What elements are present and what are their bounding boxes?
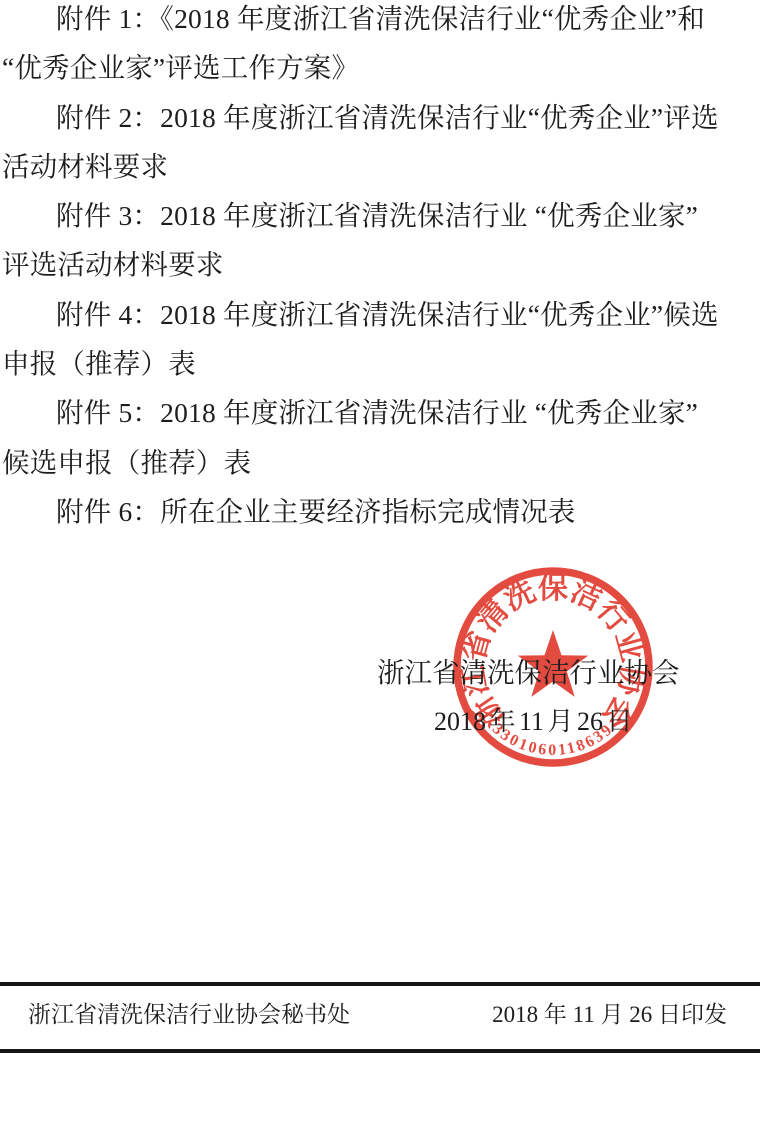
footer-issuer: 浙江省清洗保洁行业协会秘书处 <box>28 1001 350 1029</box>
attachment-line-4-cont: 申报（推荐）表 <box>2 339 760 388</box>
document-page: 附件 1：《2018 年度浙江省清洗保洁行业“优秀企业”和 “优秀企业家”评选工… <box>0 0 760 1135</box>
attachment-line-2-cont: 活动材料要求 <box>2 142 760 191</box>
attachment-line-4: 附件 4：2018 年度浙江省清洗保洁行业“优秀企业”候选 <box>2 290 760 339</box>
signature-org-name: 浙江省清洗保洁行业协会 <box>377 650 680 690</box>
attachment-line-2: 附件 2：2018 年度浙江省清洗保洁行业“优秀企业”评选 <box>2 93 760 142</box>
footer-rule-top <box>0 982 760 986</box>
attachment-line-1-cont: “优秀企业家”评选工作方案》 <box>2 43 760 92</box>
attachment-line-1: 附件 1：《2018 年度浙江省清洗保洁行业“优秀企业”和 <box>2 0 760 43</box>
signature-date: 2018 年 11 月 26 日 <box>434 701 633 738</box>
attachment-line-5: 附件 5：2018 年度浙江省清洗保洁行业 “优秀企业家” <box>2 388 760 437</box>
attachments-list: 附件 1：《2018 年度浙江省清洗保洁行业“优秀企业”和 “优秀企业家”评选工… <box>2 0 760 536</box>
attachment-line-3: 附件 3：2018 年度浙江省清洗保洁行业 “优秀企业家” <box>2 191 760 240</box>
footer-rule-bottom <box>0 1049 760 1053</box>
footer-print-date: 2018 年 11 月 26 日印发 <box>492 1001 727 1029</box>
attachment-line-6: 附件 6：所在企业主要经济指标完成情况表 <box>2 487 760 536</box>
footer: 浙江省清洗保洁行业协会秘书处 2018 年 11 月 26 日印发 <box>28 1001 727 1029</box>
attachment-line-5-cont: 候选申报（推荐）表 <box>2 438 760 487</box>
attachment-line-3-cont: 评选活动材料要求 <box>2 240 760 289</box>
